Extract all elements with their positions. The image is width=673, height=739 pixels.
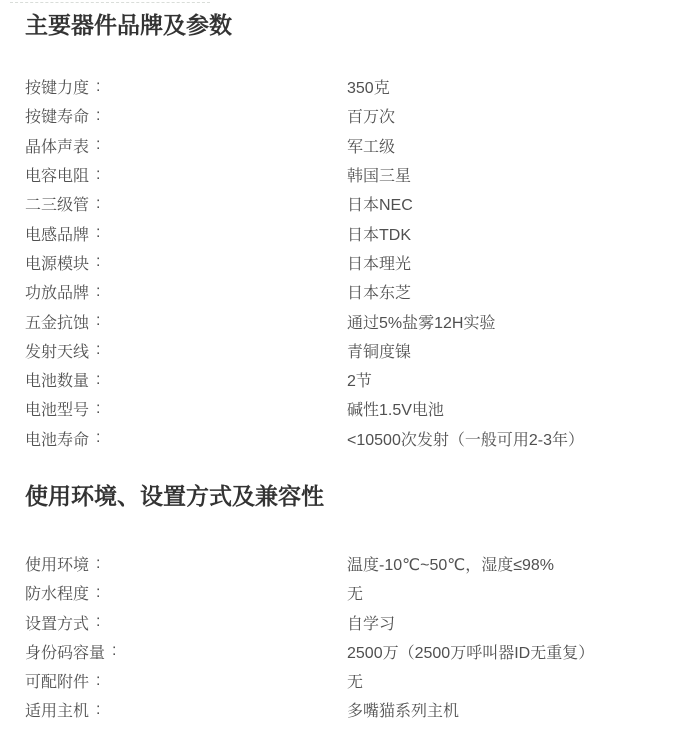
spec-value: 日本理光 (347, 251, 648, 274)
spec-colon: : (96, 672, 100, 690)
spec-label-cell: 二三级管: (25, 192, 347, 215)
spec-rows: 使用环境:温度-10℃~50℃，湿度≤98%防水程度:无设置方式:自学习身份码容… (25, 549, 648, 725)
spec-value: 350克 (347, 75, 648, 98)
spec-label: 晶体声表 (25, 134, 89, 157)
spec-label: 设置方式 (25, 611, 89, 634)
spec-label: 适用主机 (25, 698, 89, 721)
spec-label-cell: 可配附件: (25, 669, 347, 692)
spec-label-cell: 电感品牌: (25, 222, 347, 245)
spec-label-cell: 电池数量: (25, 368, 347, 391)
spec-label-cell: 功放品牌: (25, 280, 347, 303)
spec-row: 发射天线:青铜度镍 (25, 336, 648, 365)
spec-label: 电池寿命 (25, 427, 89, 450)
spec-colon: : (96, 400, 100, 418)
spec-value: 日本东芝 (347, 280, 648, 303)
spec-label-cell: 电池型号: (25, 397, 347, 420)
section-title: 主要器件品牌及参数 (25, 8, 648, 42)
spec-row: 电感品牌:日本TDK (25, 218, 648, 247)
spec-row: 五金抗蚀:通过5%盐雾12H实验 (25, 306, 648, 335)
spec-label-cell: 适用主机: (25, 698, 347, 721)
spec-label-cell: 使用环境: (25, 552, 347, 575)
spec-row: 身份码容量:2500万（2500万呼叫器ID无重复） (25, 637, 648, 666)
spec-value: 百万次 (347, 104, 648, 127)
spec-colon: : (96, 371, 100, 389)
spec-label-cell: 晶体声表: (25, 134, 347, 157)
spec-colon: : (96, 613, 100, 631)
spec-value: 韩国三星 (347, 163, 648, 186)
spec-colon: : (96, 701, 100, 719)
spec-label: 使用环境 (25, 552, 89, 575)
spec-row: 电池型号:碱性1.5V电池 (25, 394, 648, 423)
spec-value: 日本NEC (347, 192, 648, 215)
spec-colon: : (96, 312, 100, 330)
spec-label-cell: 五金抗蚀: (25, 310, 347, 333)
spec-label: 身份码容量 (25, 640, 105, 663)
spec-row: 防水程度:无 (25, 578, 648, 607)
spec-row: 按键力度:350克 (25, 72, 648, 101)
spec-colon: : (96, 429, 100, 447)
spec-label-cell: 电池寿命: (25, 427, 347, 450)
spec-label: 电源模块 (25, 251, 89, 274)
section-usage-compatibility: 使用环境、设置方式及兼容性 使用环境:温度-10℃~50℃，湿度≤98%防水程度… (25, 479, 648, 725)
product-spec-page: 主要器件品牌及参数 按键力度:350克按键寿命:百万次晶体声表:军工级电容电阻:… (0, 0, 673, 739)
spec-value: <10500次发射（一般可用2-3年） (347, 427, 648, 450)
spec-value: 温度-10℃~50℃，湿度≤98% (347, 552, 648, 575)
spec-label-cell: 发射天线: (25, 339, 347, 362)
spec-label: 电容电阻 (25, 163, 89, 186)
spec-value: 碱性1.5V电池 (347, 397, 648, 420)
dashed-divider (10, 2, 210, 3)
spec-label: 电池数量 (25, 368, 89, 391)
spec-row: 电容电阻:韩国三星 (25, 160, 648, 189)
spec-row: 电源模块:日本理光 (25, 248, 648, 277)
spec-label: 功放品牌 (25, 280, 89, 303)
spec-rows: 按键力度:350克按键寿命:百万次晶体声表:军工级电容电阻:韩国三星二三级管:日… (25, 72, 648, 453)
spec-colon: : (96, 341, 100, 359)
section-title: 使用环境、设置方式及兼容性 (25, 479, 648, 513)
spec-value: 无 (347, 581, 648, 604)
spec-label: 二三级管 (25, 192, 89, 215)
spec-colon: : (96, 136, 100, 154)
spec-colon: : (96, 78, 100, 96)
spec-colon: : (96, 555, 100, 573)
spec-row: 二三级管:日本NEC (25, 189, 648, 218)
spec-label-cell: 防水程度: (25, 581, 347, 604)
spec-colon: : (112, 642, 116, 660)
spec-label-cell: 电源模块: (25, 251, 347, 274)
spec-value: 多嘴猫系列主机 (347, 698, 648, 721)
spec-label: 可配附件 (25, 669, 89, 692)
spec-colon: : (96, 166, 100, 184)
spec-row: 电池数量:2节 (25, 365, 648, 394)
spec-value: 无 (347, 669, 648, 692)
spec-colon: : (96, 283, 100, 301)
spec-label: 按键寿命 (25, 104, 89, 127)
section-main-components: 主要器件品牌及参数 按键力度:350克按键寿命:百万次晶体声表:军工级电容电阻:… (25, 0, 648, 453)
spec-row: 功放品牌:日本东芝 (25, 277, 648, 306)
spec-value: 日本TDK (347, 222, 648, 245)
spec-label: 按键力度 (25, 75, 89, 98)
spec-label: 发射天线 (25, 339, 89, 362)
spec-colon: : (96, 253, 100, 271)
spec-label: 电感品牌 (25, 222, 89, 245)
spec-value: 自学习 (347, 611, 648, 634)
spec-value: 青铜度镍 (347, 339, 648, 362)
spec-value: 军工级 (347, 134, 648, 157)
spec-label-cell: 电容电阻: (25, 163, 347, 186)
spec-colon: : (96, 224, 100, 242)
spec-row: 适用主机:多嘴猫系列主机 (25, 695, 648, 724)
spec-value: 2500万（2500万呼叫器ID无重复） (347, 640, 648, 663)
spec-label: 电池型号 (25, 397, 89, 420)
spec-row: 晶体声表:军工级 (25, 131, 648, 160)
spec-label: 防水程度 (25, 581, 89, 604)
spec-value: 2节 (347, 368, 648, 391)
spec-value: 通过5%盐雾12H实验 (347, 310, 648, 333)
spec-row: 电池寿命:<10500次发射（一般可用2-3年） (25, 424, 648, 453)
spec-colon: : (96, 584, 100, 602)
spec-row: 设置方式:自学习 (25, 607, 648, 636)
spec-row: 按键寿命:百万次 (25, 101, 648, 130)
spec-colon: : (96, 195, 100, 213)
spec-label-cell: 按键寿命: (25, 104, 347, 127)
spec-colon: : (96, 107, 100, 125)
spec-row: 使用环境:温度-10℃~50℃，湿度≤98% (25, 549, 648, 578)
spec-label-cell: 身份码容量: (25, 640, 347, 663)
spec-label: 五金抗蚀 (25, 310, 89, 333)
spec-label-cell: 按键力度: (25, 75, 347, 98)
spec-label-cell: 设置方式: (25, 611, 347, 634)
spec-row: 可配附件:无 (25, 666, 648, 695)
